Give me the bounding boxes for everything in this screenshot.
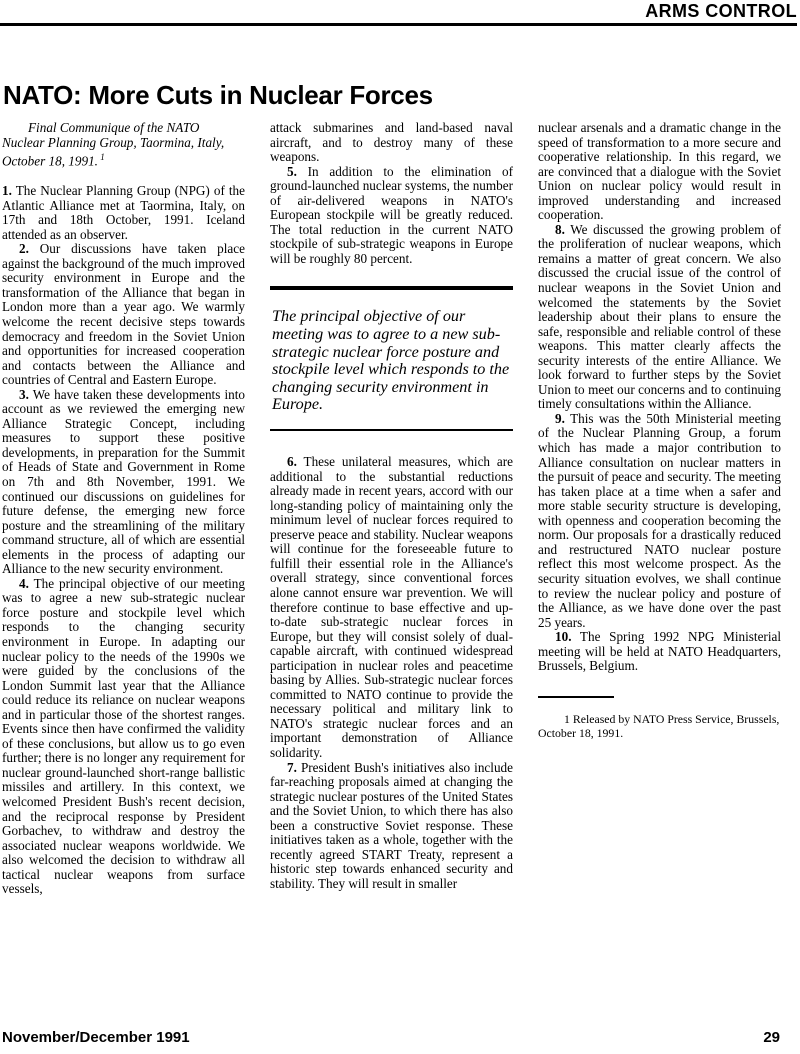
paragraph-number: 4.	[19, 576, 29, 591]
paragraph-continuation: nuclear arsenals and a dramatic change i…	[538, 121, 781, 223]
paragraph-number: 10.	[555, 629, 571, 644]
paragraph-number: 8.	[555, 222, 565, 237]
paragraph-continuation: attack submarines and land-based naval a…	[270, 121, 513, 165]
section-header: ARMS CONTROL	[645, 1, 797, 22]
paragraph-5: 5. In addition to the elimination of gro…	[270, 165, 513, 267]
footnote-reference: 1	[98, 152, 105, 162]
paragraph-number: 5.	[287, 164, 297, 179]
footnote-rule	[538, 696, 614, 698]
paragraph-number: 1.	[2, 183, 12, 198]
footnote-text: 1 Released by NATO Press Service, Brusse…	[538, 712, 781, 740]
paragraph-number: 9.	[555, 411, 565, 426]
byline: Final Communique of the NATO Nuclear Pla…	[2, 121, 245, 169]
header-rule	[0, 23, 797, 26]
footer-page-number: 29	[763, 1029, 780, 1046]
paragraph-number: 2.	[19, 241, 29, 256]
article-title: NATO: More Cuts in Nuclear Forces	[3, 80, 433, 111]
paragraph-7: 7. President Bush's initiatives also inc…	[270, 761, 513, 892]
paragraph-9: 9. This was the 50th Ministerial meeting…	[538, 412, 781, 630]
paragraph-3: 3. We have taken these developments into…	[2, 388, 245, 577]
pull-quote: The principal objective of our meeting w…	[270, 286, 513, 431]
paragraph-1: 1. The Nuclear Planning Group (NPG) of t…	[2, 184, 245, 242]
paragraph-8: 8. We discussed the growing problem of t…	[538, 223, 781, 412]
footnote: 1 Released by NATO Press Service, Brusse…	[538, 696, 781, 740]
paragraph-10: 10. The Spring 1992 NPG Ministerial meet…	[538, 630, 781, 674]
text-column-1: Final Communique of the NATO Nuclear Pla…	[2, 121, 245, 897]
text-column-3: nuclear arsenals and a dramatic change i…	[538, 121, 781, 897]
footer-issue-date: November/December 1991	[2, 1029, 190, 1046]
paragraph-6: 6. These unilateral measures, which are …	[270, 455, 513, 760]
paragraph-2: 2. Our discussions have taken place agai…	[2, 242, 245, 387]
pull-quote-text: The principal objective of our meeting w…	[272, 308, 511, 414]
paragraph-number: 6.	[287, 454, 297, 469]
article-columns: Final Communique of the NATO Nuclear Pla…	[2, 121, 781, 897]
paragraph-4: 4. The principal objective of our meetin…	[2, 577, 245, 897]
text-column-2: attack submarines and land-based naval a…	[270, 121, 513, 897]
paragraph-number: 3.	[19, 387, 29, 402]
paragraph-number: 7.	[287, 760, 297, 775]
